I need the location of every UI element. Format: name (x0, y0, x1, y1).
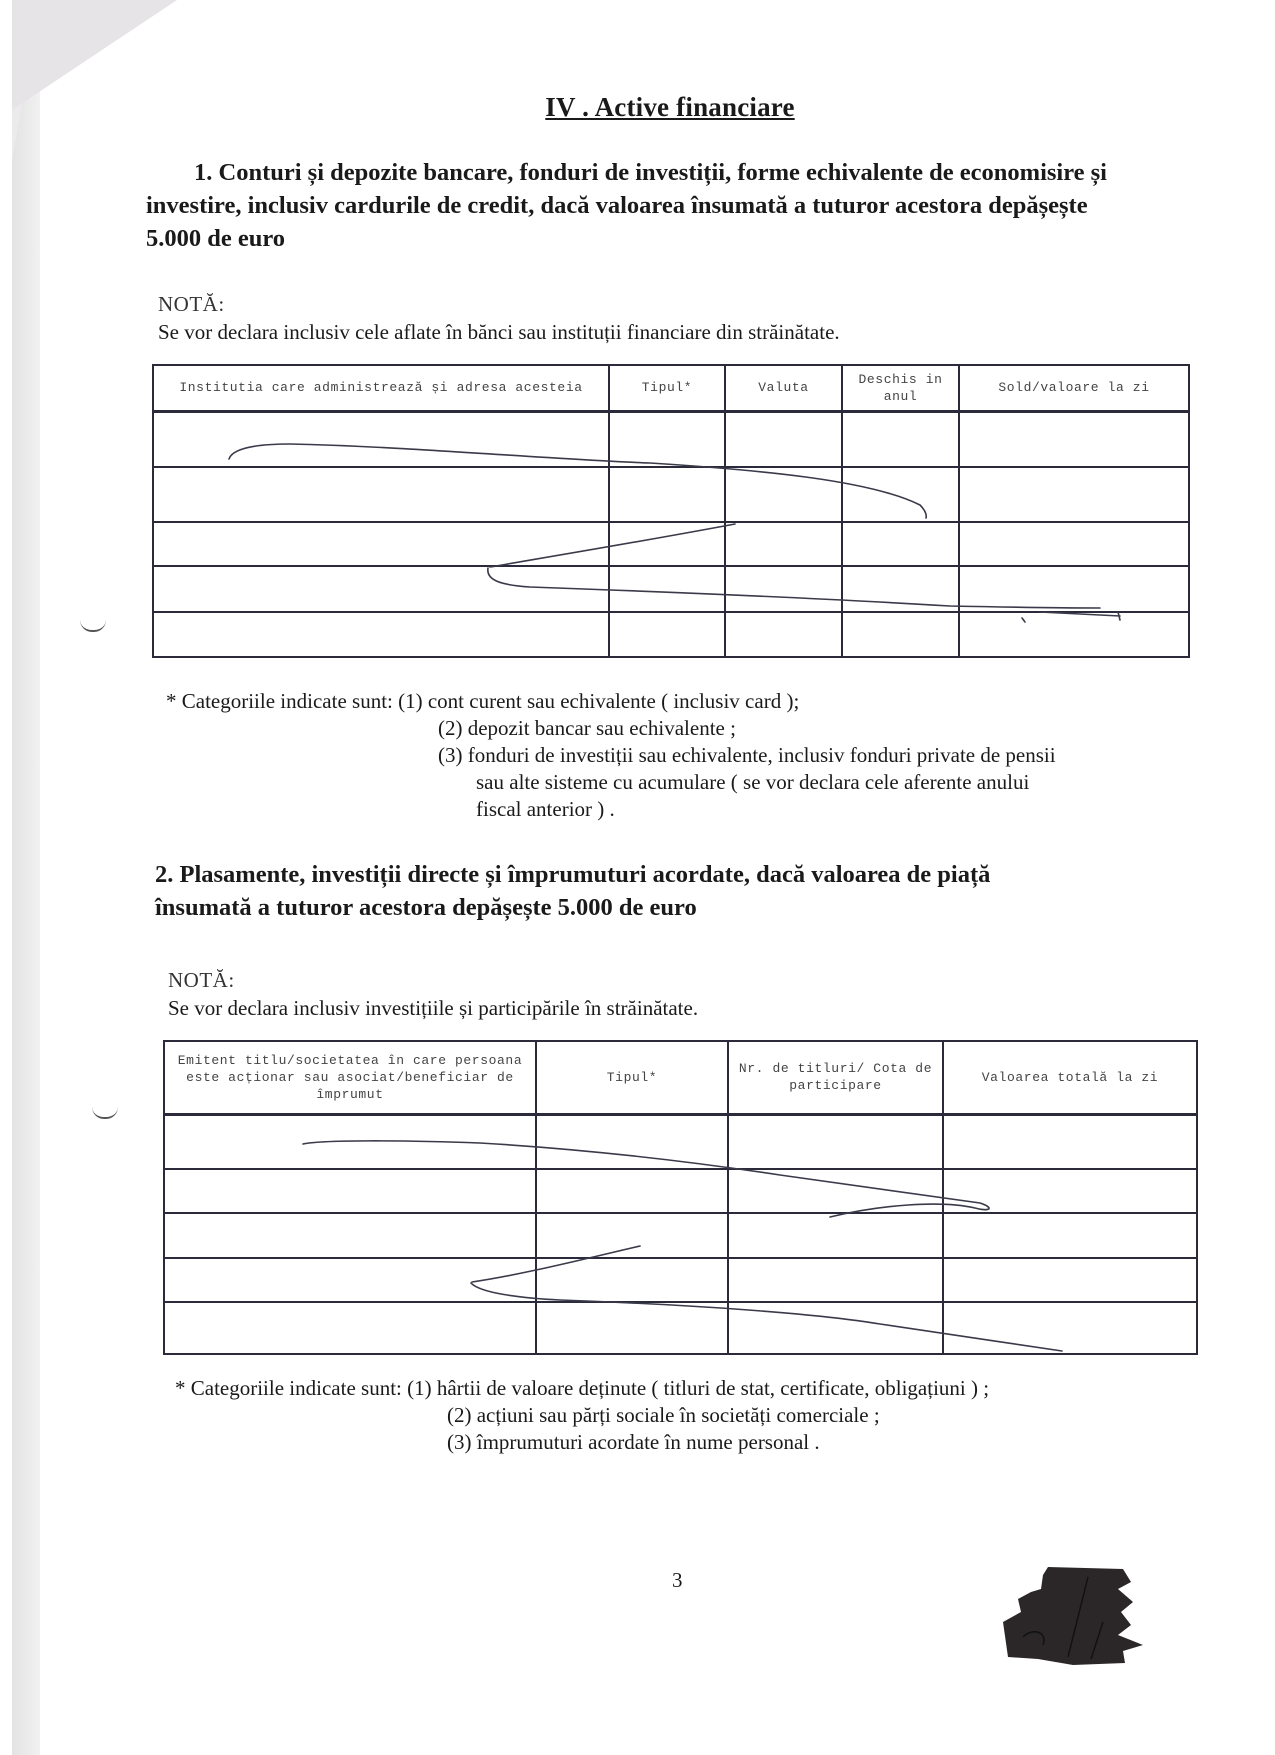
cell (959, 566, 1189, 612)
cell (536, 1258, 728, 1302)
cell (153, 522, 609, 566)
categories-label: * Categoriile indicate sunt: (175, 1376, 402, 1400)
category-item: (3) fonduri de investiții sau echivalent… (166, 742, 1056, 769)
col-header-type: Tipul* (609, 365, 725, 411)
note-label: NOTĂ: (158, 290, 840, 318)
cell (164, 1169, 536, 1213)
cell (842, 467, 959, 522)
cell (164, 1302, 536, 1354)
page-number: 3 (672, 1568, 683, 1593)
col-header-opened-year: Deschis in anul (842, 365, 959, 411)
table-row (153, 411, 1189, 467)
table-row (153, 566, 1189, 612)
note-text: Se vor declara inclusiv cele aflate în b… (158, 318, 840, 346)
section2-note: NOTĂ: Se vor declara inclusiv investiții… (168, 966, 698, 1022)
cell (842, 522, 959, 566)
cell (959, 612, 1189, 657)
table-row (164, 1213, 1197, 1258)
cell (959, 522, 1189, 566)
category-item: * Categoriile indicate sunt: (1) hârtii … (175, 1375, 989, 1402)
category-item-continued: fiscal anterior ) . (166, 796, 1056, 823)
section1-note: NOTĂ: Se vor declara inclusiv cele aflat… (158, 290, 840, 346)
cell (728, 1114, 943, 1169)
investments-table: Emitent titlu/societatea în care persoan… (163, 1040, 1198, 1355)
cell (164, 1114, 536, 1169)
cell (728, 1213, 943, 1258)
col-header-currency: Valuta (725, 365, 842, 411)
cell (609, 411, 725, 467)
bank-accounts-table: Institutia care administrează și adresa … (152, 364, 1190, 658)
cell (725, 467, 842, 522)
category-item-continued: sau alte sisteme cu acumulare ( se vor d… (166, 769, 1056, 796)
cell (725, 566, 842, 612)
table-row (153, 522, 1189, 566)
cell (153, 411, 609, 467)
cell (536, 1213, 728, 1258)
cell (725, 522, 842, 566)
table-header-row: Emitent titlu/societatea în care persoan… (164, 1041, 1197, 1114)
cell (153, 566, 609, 612)
section2-categories: * Categoriile indicate sunt: (1) hârtii … (175, 1375, 989, 1456)
col-header-balance: Sold/valoare la zi (959, 365, 1189, 411)
cell (842, 566, 959, 612)
cell (153, 467, 609, 522)
cell (842, 411, 959, 467)
categories-label: * Categoriile indicate sunt: (166, 689, 393, 713)
signature-blot (1003, 1567, 1143, 1667)
section1-heading: 1. Conturi și depozite bancare, fonduri … (146, 156, 1126, 255)
table-row (164, 1258, 1197, 1302)
cell (842, 612, 959, 657)
cell (943, 1213, 1197, 1258)
col-header-share-count: Nr. de titluri/ Cota de participare (728, 1041, 943, 1114)
table-row (153, 467, 1189, 522)
cell (164, 1213, 536, 1258)
cell (725, 612, 842, 657)
cell (728, 1302, 943, 1354)
note-text: Se vor declara inclusiv investițiile și … (168, 994, 698, 1022)
table-row (153, 612, 1189, 657)
cell (536, 1302, 728, 1354)
category-item: (2) acțiuni sau părți sociale în societă… (175, 1402, 989, 1429)
cell (943, 1258, 1197, 1302)
cell (728, 1169, 943, 1213)
cell (536, 1169, 728, 1213)
col-header-institution: Institutia care administrează și adresa … (153, 365, 609, 411)
cell (943, 1302, 1197, 1354)
table-row (164, 1302, 1197, 1354)
cell (536, 1114, 728, 1169)
cell (943, 1114, 1197, 1169)
category-item: * Categoriile indicate sunt: (1) cont cu… (166, 688, 1056, 715)
cell (725, 411, 842, 467)
page-title: IV . Active financiare (0, 92, 1275, 123)
cell (943, 1169, 1197, 1213)
cell (728, 1258, 943, 1302)
cell (609, 566, 725, 612)
cell (959, 467, 1189, 522)
table-row (164, 1169, 1197, 1213)
cell (164, 1258, 536, 1302)
section1-categories: * Categoriile indicate sunt: (1) cont cu… (166, 688, 1056, 823)
category-item: (2) depozit bancar sau echivalente ; (166, 715, 1056, 742)
col-header-type: Tipul* (536, 1041, 728, 1114)
section2-heading: 2. Plasamente, investiții directe și împ… (155, 858, 1165, 924)
cell (609, 467, 725, 522)
table-header-row: Institutia care administrează și adresa … (153, 365, 1189, 411)
cell (609, 612, 725, 657)
punch-hole-mark (80, 620, 106, 632)
cell (609, 522, 725, 566)
cell (153, 612, 609, 657)
cell (959, 411, 1189, 467)
punch-hole-mark (92, 1107, 118, 1119)
note-label: NOTĂ: (168, 966, 698, 994)
category-item: (3) împrumuturi acordate în nume persona… (175, 1429, 989, 1456)
scan-edge-shadow (12, 0, 40, 1755)
table-row (164, 1114, 1197, 1169)
col-header-total-value: Valoarea totală la zi (943, 1041, 1197, 1114)
col-header-issuer: Emitent titlu/societatea în care persoan… (164, 1041, 536, 1114)
